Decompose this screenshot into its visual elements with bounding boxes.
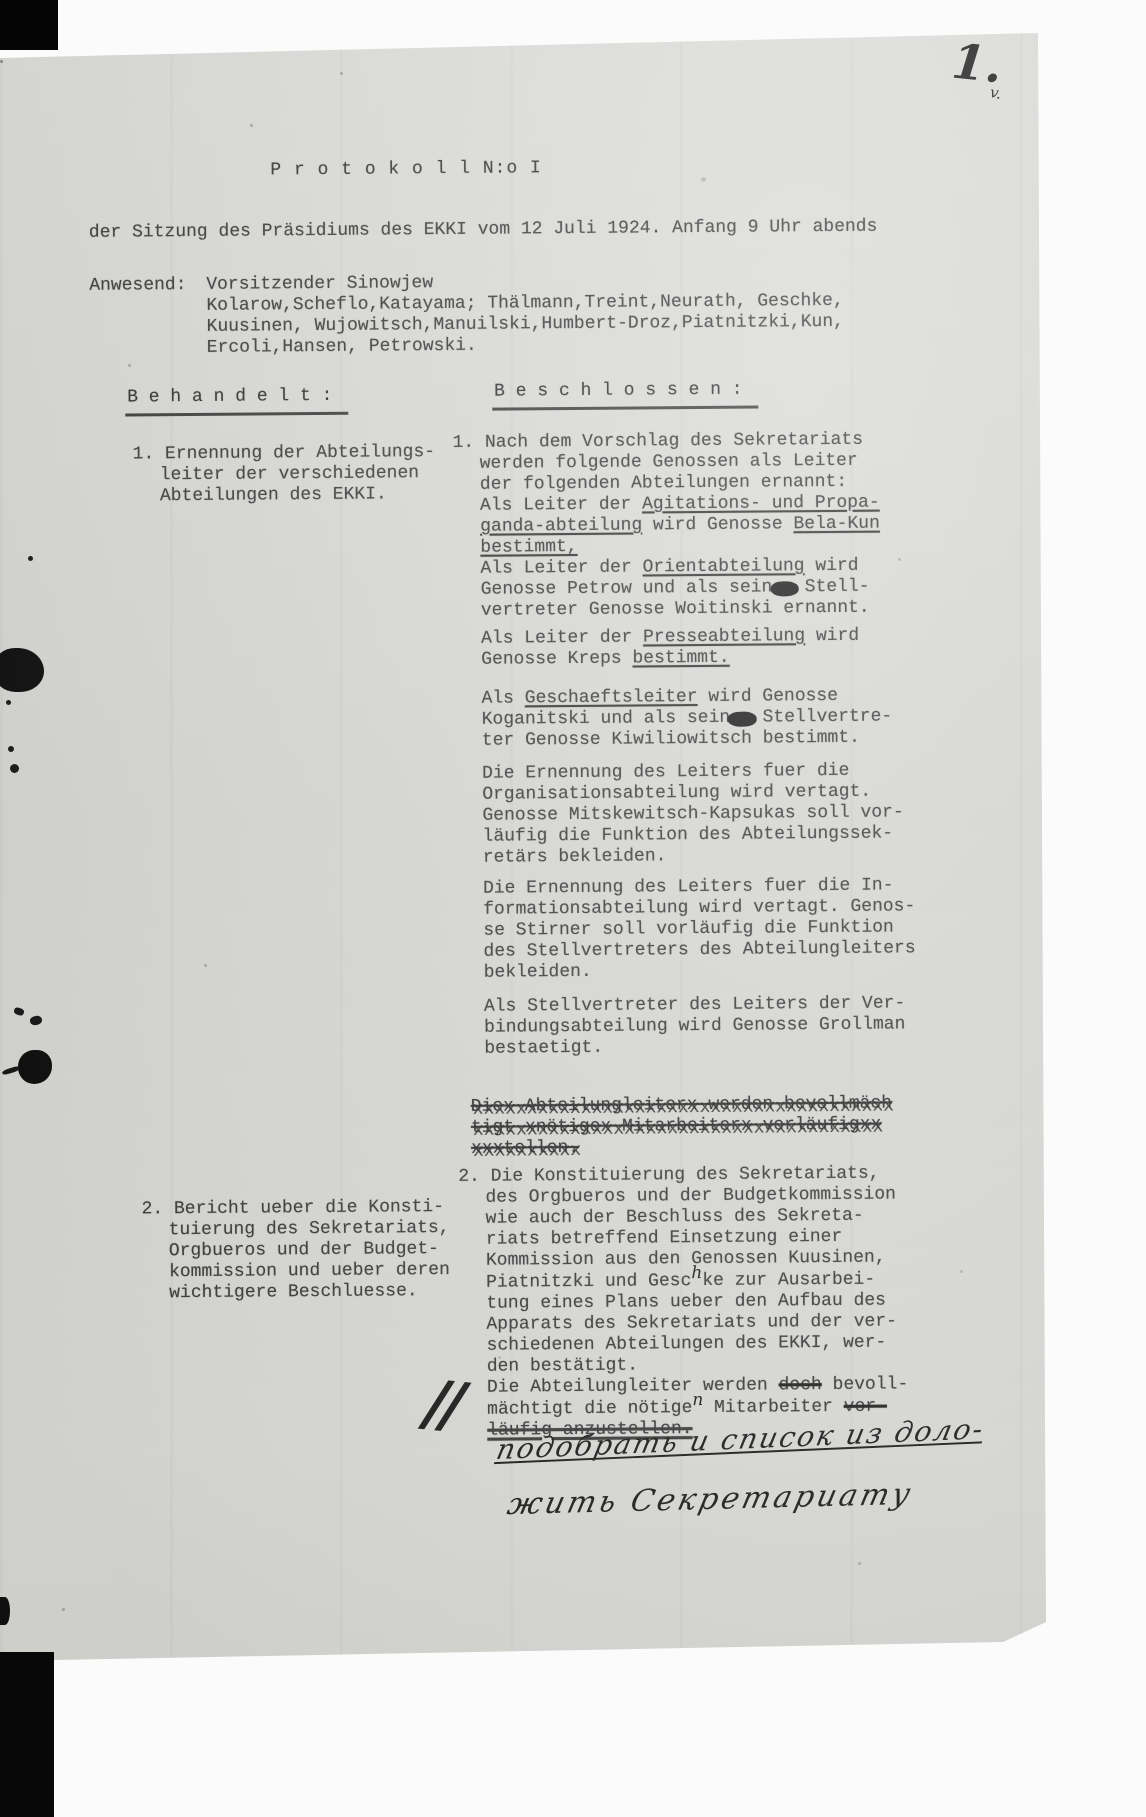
- typed-text-segment: doch: [779, 1375, 822, 1395]
- typed-text-segment: ganda-abteilung: [480, 515, 642, 536]
- typed-text-segment: Vorsitzender Sinowjew: [206, 273, 433, 295]
- typed-line: der folgenden Abteilungen ernannt:: [480, 471, 973, 496]
- ink-speck: [29, 1015, 43, 1026]
- ink-speck: [28, 556, 33, 561]
- check-mark: v.: [989, 83, 1003, 103]
- behandelt-header-text: B e h a n d e l t :: [125, 386, 348, 417]
- resolution-paragraph: Die Ernennung des Leiters fuer die In-fo…: [456, 875, 977, 984]
- typed-line: Abteilungen des EKKI.: [160, 484, 493, 508]
- typed-text-segment: tuierung des Sekretariats,: [169, 1218, 450, 1240]
- typed-text-segment: se Stirner soll vorläufig die Funktion: [483, 918, 894, 941]
- typed-line: Genosse Kreps bestimmt.: [481, 646, 974, 671]
- typed-line: bekleiden.: [484, 959, 977, 984]
- typed-line: bestimmt,: [480, 534, 973, 559]
- typed-text-segment: 2.: [458, 1167, 491, 1187]
- typed-text-segment: Kommission aus den Genossen Kuusinen,: [486, 1248, 886, 1271]
- beschlossen-header-text: B e s c h l o s s e n :: [492, 380, 759, 411]
- typed-document-content: P r o t o k o l l N:o I der Sitzung des …: [0, 0, 1146, 1817]
- typed-text-segment: Genosse Kreps: [481, 649, 632, 670]
- typed-text-segment: leiter der verschiedenen: [160, 463, 419, 485]
- typed-line: des Orgbueros und der Budgetkommission: [485, 1184, 978, 1209]
- typed-line: des Stellvertreters des Abteilungleiters: [483, 938, 976, 963]
- typed-line: mächtigt die nötigen Mitarbeiter vor-: [487, 1395, 980, 1421]
- handwritten-annotation-line-1: подобрать и список из доло-: [494, 1418, 987, 1464]
- typed-text-segment: der folgenden Abteilungen ernannt:: [480, 472, 847, 495]
- typed-text-segment: werden folgende Genossen als Leiter: [480, 451, 858, 474]
- paper-speckles: [0, 60, 3, 63]
- typed-text-segment: Genosse Petrow und als sein: [481, 577, 773, 599]
- typed-text-segment: wird Genosse: [698, 686, 839, 707]
- typed-text-segment: Organisationsabteilung wird vertagt.: [482, 782, 871, 805]
- typed-text-segment: 1.: [452, 433, 485, 453]
- resolution-paragraph: Als Geschaeftsleiter wird GenosseKoganit…: [454, 685, 974, 752]
- typed-text-segment: Agitations- und Propa-: [642, 493, 880, 515]
- typed-line: riats betreffend Einsetzung einer: [486, 1226, 979, 1251]
- typed-text-segment: Orgbueros und der Budget-: [169, 1239, 439, 1261]
- typed-line: 2. Bericht ueber die Konsti-: [141, 1196, 521, 1220]
- typed-line: tung eines Plans ueber den Aufbau des: [486, 1290, 979, 1315]
- typed-text-segment: läufig anzustellen.: [487, 1419, 692, 1441]
- typed-line: läufig anzustellen.: [487, 1417, 980, 1442]
- resolution-paragraph: 1. Nach dem Vorschlag des Sekretariatswe…: [452, 429, 973, 622]
- typed-line: Als Geschaeftsleiter wird Genosse: [481, 685, 974, 710]
- ink-blot-small: [18, 1050, 52, 1084]
- typed-line: Die Ernennung des Leiters fuer die: [482, 760, 975, 785]
- typed-text-segment: retärs bekleiden.: [483, 846, 667, 867]
- typed-text-segment: tigt xnötigex Mitarbeiterx vorläufigxx: [471, 1115, 882, 1138]
- resolution-paragraph: Als Leiter der Presseabteilung wirdGenos…: [454, 625, 974, 671]
- typed-text-segment: Apparats des Sekretariats und der ver-: [486, 1311, 897, 1334]
- typed-text-segment: läufig die Funktion des Abteilungssek-: [483, 824, 894, 847]
- typed-line: Als Leiter der Orientabteilung wird: [480, 555, 973, 580]
- typed-text-segment: Piatnitzki und Gesc: [486, 1271, 691, 1293]
- typed-text-segment: ke zur Ausarbei-: [702, 1270, 875, 1291]
- typed-text-segment: Kolarow,Scheflo,Katayama; Thälmann,Trein…: [206, 291, 843, 316]
- typed-line: 2. Die Konstituierung des Sekretariats,: [458, 1163, 978, 1188]
- ink-speck: [8, 746, 14, 752]
- typed-line: ter Genosse Kiwiliowitsch bestimmt.: [482, 727, 975, 752]
- document-title: P r o t o k o l l N:o I: [270, 158, 542, 181]
- typed-text-segment: des Stellvertreters des Abteilungleiters: [483, 938, 915, 961]
- attendance-list: Vorsitzender SinowjewKolarow,Scheflo,Kat…: [206, 269, 907, 358]
- typed-text-segment: Mitarbeiter: [703, 1397, 844, 1418]
- typed-line: tuierung des Sekretariats,: [169, 1217, 522, 1241]
- typed-text-segment: 1. Ernennung der Abteilungs-: [133, 442, 436, 464]
- typed-text-segment: Die Ernennung des Leiters fuer die: [482, 761, 849, 784]
- typed-text-segment: kommission und ueber deren: [169, 1260, 450, 1282]
- typed-line: bestaetigt.: [484, 1035, 977, 1060]
- typed-text-segment: vertreter Genosse Woitinski ernannt.: [481, 598, 870, 621]
- typed-line: schiedenen Abteilungen des EKKI, wer-: [487, 1332, 980, 1357]
- typed-line: den bestätigt.: [487, 1353, 980, 1378]
- typed-line: Piatnitzki und Geschke zur Ausarbei-: [486, 1268, 979, 1294]
- typed-text-segment: Stellvertre-: [752, 707, 893, 728]
- ink-speck: [10, 764, 19, 773]
- typed-text-segment: Nach dem Vorschlag des Sekretariats: [485, 430, 863, 453]
- typed-text-segment: Als: [481, 688, 524, 708]
- typed-text-segment: Genosse Mitskewitsch-Kapsukas soll vor-: [482, 802, 903, 825]
- typed-text-segment: h: [691, 1263, 702, 1283]
- scanned-paper-sheet: P r o t o k o l l N:o I der Sitzung des …: [0, 0, 1146, 1817]
- typed-text-segment: Diex Abteilungleiterx werden bevollmäch: [471, 1094, 892, 1117]
- typed-text-segment: er: [772, 577, 794, 597]
- typed-line: Als Leiter der Presseabteilung wird: [481, 625, 974, 650]
- typed-line: se Stirner soll vorläufig die Funktion: [483, 917, 976, 942]
- typed-text-segment: wird Genosse: [642, 514, 793, 535]
- typed-line: Kolarow,Scheflo,Katayama; Thälmann,Trein…: [206, 290, 906, 316]
- typed-line: Kuusinen, Wujowitsch,Manuilski,Humbert-D…: [207, 311, 907, 337]
- typed-line: Diex Abteilungleiterx werden bevollmäch: [471, 1093, 978, 1118]
- typed-text-segment: Als Leiter der: [480, 494, 642, 515]
- typed-text-segment: n: [692, 1390, 703, 1410]
- column-header-behandelt: B e h a n d e l t :: [125, 386, 348, 409]
- typed-text-segment: bindungsabteilung wird Genosse Grollman: [484, 1014, 905, 1037]
- typed-line: läufig die Funktion des Abteilungssek-: [483, 823, 976, 848]
- agenda-item-1: 1. Ernennung der Abteilungs-leiter der v…: [133, 442, 493, 508]
- typed-text-segment: Die Abteilungleiter werden: [487, 1375, 779, 1397]
- handwritten-page-number: 1.: [949, 34, 1005, 95]
- typed-text-segment: bestaetigt.: [484, 1038, 603, 1059]
- typed-line: Als Stellvertreter des Leiters der Ver-: [484, 993, 977, 1018]
- session-dateline: der Sitzung des Präsidiums des EKKI vom …: [89, 217, 878, 244]
- typed-line: Vorsitzender Sinowjew: [206, 269, 906, 295]
- typed-text-segment: xxxtellen.: [471, 1138, 579, 1159]
- typed-line: Genosse Mitskewitsch-Kapsukas soll vor-: [482, 802, 975, 827]
- typed-line: formationsabteilung wird vertagt. Genos-: [483, 896, 976, 921]
- typed-line: wie auch der Beschluss des Sekreta-: [486, 1205, 979, 1230]
- typed-text-segment: wird: [805, 626, 859, 646]
- typed-text-segment: wichtigere Beschluesse.: [169, 1281, 418, 1303]
- typed-text-segment: Als Leiter der: [480, 557, 642, 578]
- typed-text-segment: Stell-: [794, 577, 870, 598]
- typed-line: 1. Ernennung der Abteilungs-: [133, 442, 493, 466]
- typed-text-segment: vor-: [844, 1397, 887, 1417]
- scan-edge-mark: [0, 1597, 10, 1625]
- resolution-paragraph: Die Ernennung des Leiters fuer dieOrgani…: [455, 760, 976, 869]
- typed-text-segment: mächtigt die nötige: [487, 1398, 692, 1420]
- handwritten-slash-mark: //: [424, 1392, 459, 1416]
- resolution-paragraph: Als Stellvertreter des Leiters der Ver-b…: [457, 993, 977, 1060]
- typed-line: werden folgende Genossen als Leiter: [480, 450, 973, 475]
- typed-line: bindungsabteilung wird Genosse Grollman: [484, 1014, 977, 1039]
- handwritten-annotation-line-2: жить Секретариату: [506, 1484, 915, 1515]
- typed-text-segment: Koganitski und als sein: [482, 708, 731, 730]
- typed-line: Koganitski und als seiner Stellvertre-: [482, 706, 975, 731]
- ink-speck: [13, 1007, 25, 1017]
- typed-text-segment: Ercoli,Hansen, Petrowski.: [207, 336, 477, 358]
- typed-text-segment: Kuusinen, Wujowitsch,Manuilski,Humbert-D…: [207, 312, 844, 337]
- typed-line: kommission und ueber deren: [169, 1259, 522, 1283]
- column-header-beschlossen: B e s c h l o s s e n :: [492, 380, 759, 403]
- typed-line: 1. Nach dem Vorschlag des Sekretariats: [452, 429, 972, 454]
- typed-text-segment: wird: [804, 556, 858, 576]
- attendance-label: Anwesend:: [89, 275, 186, 297]
- typed-text-segment: bestimmt,: [480, 537, 577, 558]
- typed-line: xxxtellen.: [471, 1135, 978, 1160]
- typed-text-segment: Orientabteilung: [642, 556, 804, 577]
- typed-text-segment: tung eines Plans ueber den Aufbau des: [486, 1291, 886, 1314]
- typed-line: tigt xnötigex Mitarbeiterx vorläufigxx: [471, 1114, 978, 1139]
- typed-text-segment: er: [730, 708, 752, 728]
- typed-text-segment: Die Konstituierung des Sekretariats,: [491, 1164, 880, 1187]
- typed-line: Genosse Petrow und als seiner Stell-: [481, 576, 974, 601]
- typed-text-segment: riats betreffend Einsetzung einer: [486, 1227, 843, 1250]
- typed-line: Die Abteilungleiter werden doch bevoll-: [487, 1374, 980, 1399]
- typed-text-segment: Geschaeftsleiter: [525, 687, 698, 708]
- ink-blot-large: [0, 648, 44, 692]
- typed-line: Organisationsabteilung wird vertagt.: [482, 781, 975, 806]
- typed-line: vertreter Genosse Woitinski ernannt.: [481, 597, 974, 622]
- typed-text-segment: Bela-Kun: [793, 514, 880, 535]
- typed-line: ganda-abteilung wird Genosse Bela-Kun: [480, 513, 973, 538]
- typed-text-segment: Die Ernennung des Leiters fuer die In-: [483, 876, 894, 899]
- typed-text-segment: formationsabteilung wird vertagt. Genos-: [483, 896, 915, 919]
- typed-text-segment: Abteilungen des EKKI.: [160, 484, 387, 506]
- resolution-paragraph: Diex Abteilungleiterx werden bevollmächt…: [444, 1093, 978, 1160]
- typed-line: Orgbueros und der Budget-: [169, 1238, 522, 1262]
- scan-edge-artifact: [0, 1652, 54, 1817]
- typed-line: Kommission aus den Genossen Kuusinen,: [486, 1247, 979, 1272]
- typed-text-segment: bevoll-: [822, 1374, 909, 1395]
- resolution-paragraph: 2. Die Konstituierung des Sekretariats,d…: [458, 1163, 980, 1442]
- typed-text-segment: des Orgbueros und der Budgetkommission: [485, 1184, 896, 1207]
- ink-speck: [6, 700, 11, 705]
- typed-line: wichtigere Beschluesse.: [169, 1280, 522, 1304]
- typed-text-segment: Als Leiter der: [481, 627, 643, 648]
- typed-text-segment: den bestätigt.: [487, 1356, 638, 1377]
- typed-text-segment: bekleiden.: [484, 962, 592, 983]
- typed-text-segment: Als Stellvertreter des Leiters der Ver-: [484, 993, 905, 1016]
- typed-line: Als Leiter der Agitations- und Propa-: [480, 492, 973, 517]
- typed-text-segment: wie auch der Beschluss des Sekreta-: [486, 1206, 864, 1229]
- scan-corner-artifact: [0, 0, 58, 50]
- typed-line: leiter der verschiedenen: [160, 463, 493, 487]
- typed-text-segment: ter Genosse Kiwiliowitsch bestimmt.: [482, 728, 860, 751]
- resolutions-column: 1. Nach dem Vorschlag des Sekretariatswe…: [452, 429, 980, 1454]
- agenda-item-2: 2. Bericht ueber die Konsti-tuierung des…: [141, 1196, 522, 1304]
- typed-line: retärs bekleiden.: [483, 844, 976, 869]
- typed-line: Ercoli,Hansen, Petrowski.: [207, 332, 907, 358]
- typed-text-segment: schiedenen Abteilungen des EKKI, wer-: [487, 1333, 887, 1356]
- typed-line: Apparats des Sekretariats und der ver-: [486, 1311, 979, 1336]
- typed-line: Die Ernennung des Leiters fuer die In-: [483, 875, 976, 900]
- typed-text-segment: Presseabteilung: [643, 626, 805, 647]
- typed-text-segment: 2. Bericht ueber die Konsti-: [141, 1197, 444, 1219]
- typed-text-segment: bestimmt.: [632, 648, 729, 669]
